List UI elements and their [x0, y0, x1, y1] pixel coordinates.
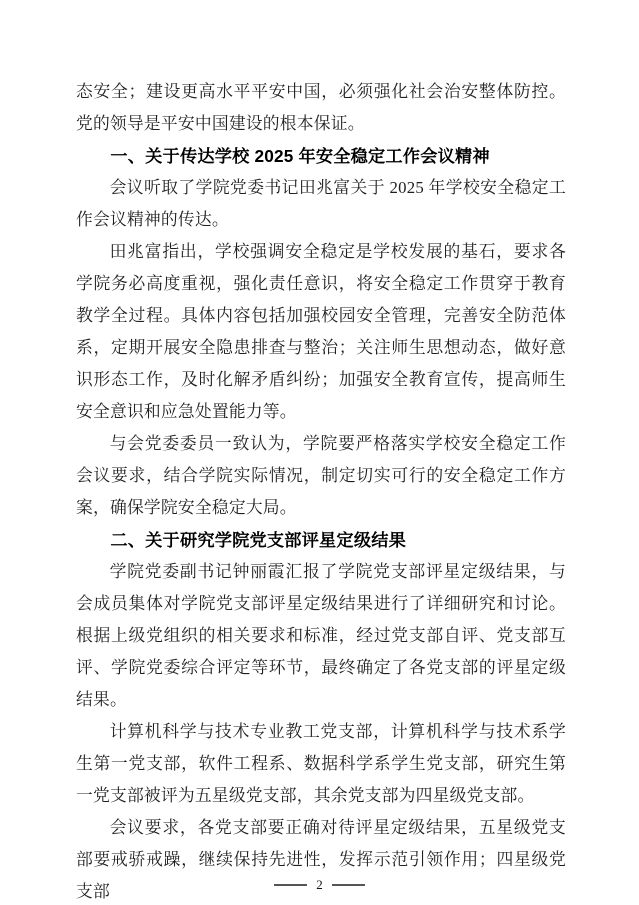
paragraph: 田兆富指出，学校强调安全稳定是学校发展的基石，要求各学院务必高度重视，强化责任意… — [76, 236, 566, 428]
document-page: 态安全；建设更高水平平安中国，必须强化社会治安整体防控。党的领导是平安中国建设的… — [0, 0, 639, 905]
page-footer: 2 — [0, 877, 639, 893]
page-number-dash-right — [332, 884, 365, 886]
section-heading-1: 一、关于传达学校 2025 年安全稳定工作会议精神 — [76, 140, 566, 172]
document-content: 态安全；建设更高水平平安中国，必须强化社会治安整体防控。党的领导是平安中国建设的… — [76, 76, 566, 905]
page-number-dash-left — [274, 884, 307, 886]
paragraph: 学院党委副书记钟丽霞汇报了学院党支部评星定级结果，与会成员集体对学院党支部评星定… — [76, 556, 566, 716]
paragraph-continued-from-previous-page: 态安全；建设更高水平平安中国，必须强化社会治安整体防控。党的领导是平安中国建设的… — [76, 76, 566, 140]
paragraph: 计算机科学与技术专业教工党支部，计算机科学与技术系学生第一党支部，软件工程系、数… — [76, 716, 566, 812]
page-number: 2 — [316, 877, 323, 893]
paragraph: 会议听取了学院党委书记田兆富关于 2025 年学校安全稳定工作会议精神的传达。 — [76, 172, 566, 236]
paragraph: 与会党委委员一致认为，学院要严格落实学校安全稳定工作会议要求，结合学院实际情况，… — [76, 428, 566, 524]
section-heading-2: 二、关于研究学院党支部评星定级结果 — [76, 524, 566, 556]
